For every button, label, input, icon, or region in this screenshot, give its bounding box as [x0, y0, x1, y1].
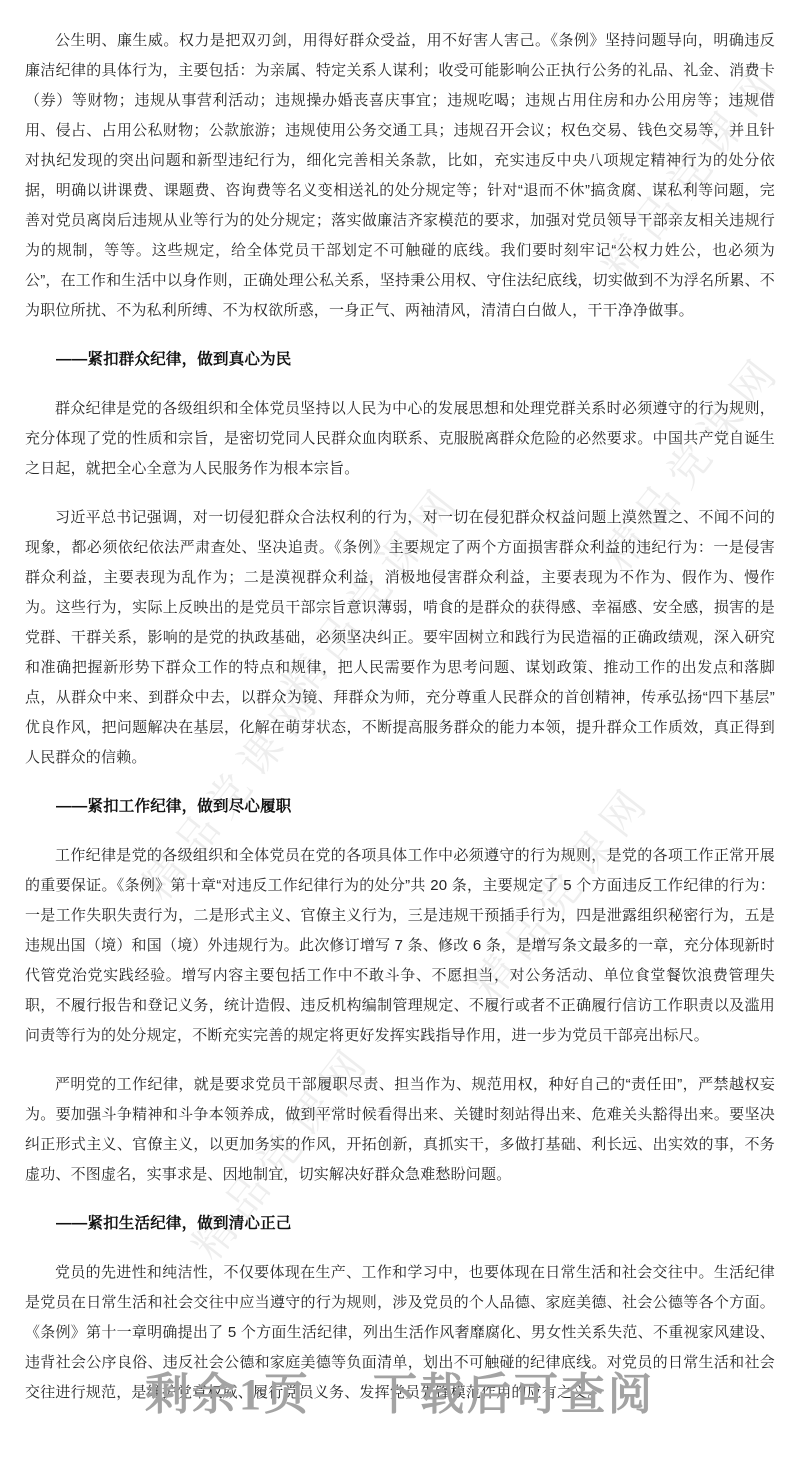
paragraph: 严明党的工作纪律，就是要求党员干部履职尽责、担当作为、规范用权，种好自己的“责任… [25, 1070, 775, 1190]
section-heading: ——紧扣群众纪律，做到真心为民 [25, 345, 775, 375]
paragraph: 习近平总书记强调，对一切侵犯群众合法权利的行为，对一切在侵犯群众权益问题上漠然置… [25, 503, 775, 773]
document-content: 公生明、廉生威。权力是把双刃剑，用得好群众受益，用不好害人害己。《条例》坚持问题… [0, 0, 800, 1408]
section-heading: ——紧扣生活纪律，做到清心正己 [25, 1209, 775, 1239]
remaining-pages-label: 剩余1页 [145, 1370, 311, 1419]
paragraph: 公生明、廉生威。权力是把双刃剑，用得好群众受益，用不好害人害己。《条例》坚持问题… [25, 26, 775, 326]
download-hint-label: 下载后可查阅 [373, 1370, 655, 1419]
document-page: 精品党课网 精品党课网 精品党课网 精品党课网 精品党课网 精品党课网 公生明、… [0, 0, 800, 1471]
section-heading: ——紧扣工作纪律，做到尽心履职 [25, 792, 775, 822]
paragraph: 工作纪律是党的各级组织和全体党员在党的各项具体工作中必须遵守的行为规则，是党的各… [25, 841, 775, 1051]
preview-footer: 剩余1页下载后可查阅 [0, 1358, 800, 1422]
paragraph: 群众纪律是党的各级组织和全体党员坚持以人民为中心的发展思想和处理党群关系时必须遵… [25, 394, 775, 484]
